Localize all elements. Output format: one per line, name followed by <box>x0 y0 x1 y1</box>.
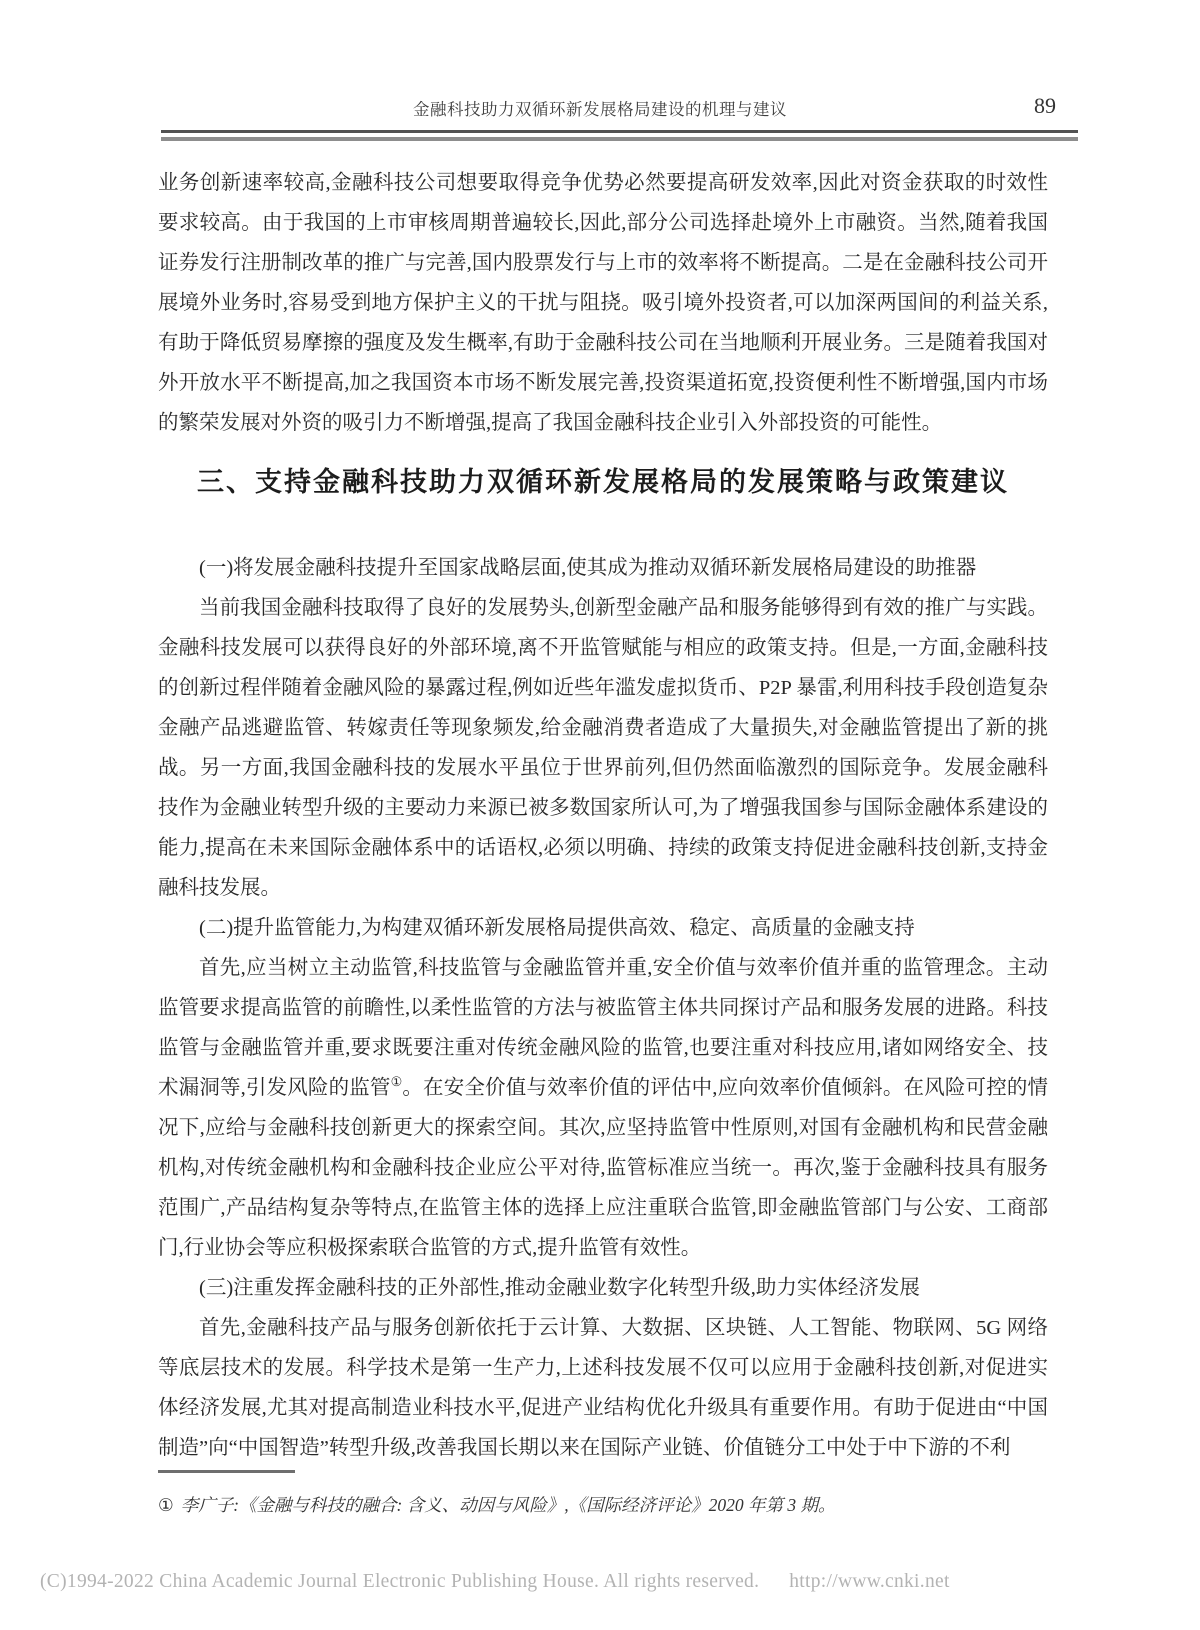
footnote: ①李广子:《金融与科技的融合: 含义、动因与风险》,《国际经济评论》2020 年… <box>158 1492 1048 1518</box>
subsection-2-heading: (二)提升监管能力,为构建双循环新发展格局提供高效、稳定、高质量的金融支持 <box>158 908 1048 948</box>
subsection-1-heading: (一)将发展金融科技提升至国家战略层面,使其成为推动双循环新发展格局建设的助推器 <box>158 548 1048 588</box>
journal-page-scan: 金融科技助力双循环新发展格局建设的机理与建议 89 业务创新速率较高,金融科技公… <box>0 0 1200 1630</box>
footnote-marker: ① <box>158 1495 174 1515</box>
header-rule-bottom <box>161 137 1078 141</box>
section-heading: 三、支持金融科技助力双循环新发展格局的发展策略与政策建议 <box>158 462 1048 502</box>
subsection-3-heading: (三)注重发挥金融科技的正外部性,推动金融业数字化转型升级,助力实体经济发展 <box>158 1268 1048 1308</box>
header-rule-top <box>161 130 1078 133</box>
cnki-footer: (C)1994-2022 China Academic Journal Elec… <box>40 1571 1180 1593</box>
footer-copyright: (C)1994-2022 China Academic Journal Elec… <box>40 1571 759 1592</box>
subsection-2-paragraph: 首先,应当树立主动监管,科技监管与金融监管并重,安全价值与效率价值并重的监管理念… <box>158 948 1048 1268</box>
page-number: 89 <box>1034 93 1056 119</box>
subsection-1-paragraph: 当前我国金融科技取得了良好的发展势头,创新型金融产品和服务能够得到有效的推广与实… <box>158 588 1048 908</box>
subsection-3-paragraph: 首先,金融科技产品与服务创新依托于云计算、大数据、区块链、人工智能、物联网、5G… <box>158 1308 1048 1468</box>
footnote-text: 李广子:《金融与科技的融合: 含义、动因与风险》,《国际经济评论》2020 年第… <box>181 1495 836 1515</box>
footer-url: http://www.cnki.net <box>789 1571 949 1592</box>
footnote-reference-marker: ① <box>391 1074 403 1089</box>
footnote-separator-rule <box>158 1470 295 1473</box>
subsection-2-text-after-ref: 。在安全价值与效率价值的评估中,应向效率价值倾斜。在风险可控的情况下,应给与金融… <box>158 1077 1048 1259</box>
page-body: 业务创新速率较高,金融科技公司想要取得竞争优势必然要提高研发效率,因此对资金获取… <box>158 163 1048 1468</box>
running-title: 金融科技助力双循环新发展格局建设的机理与建议 <box>0 96 1200 120</box>
paragraph-continuation: 业务创新速率较高,金融科技公司想要取得竞争优势必然要提高研发效率,因此对资金获取… <box>158 163 1048 443</box>
